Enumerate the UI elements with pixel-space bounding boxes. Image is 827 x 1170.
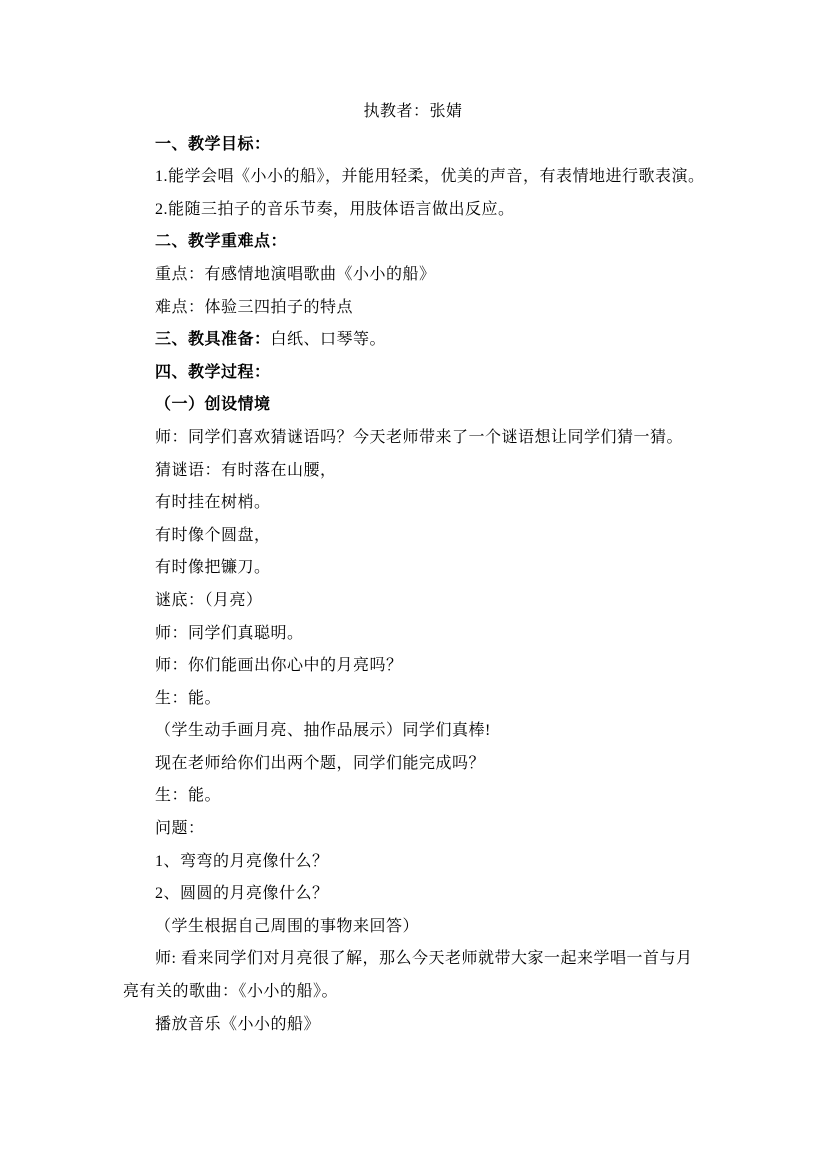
heading-teaching-process: 四、教学过程： (123, 357, 703, 390)
question-item-1: 1、弯弯的月亮像什么？ (123, 846, 703, 879)
teacher-riddle-intro-line: 师：同学们喜欢猜谜语吗？今天老师带来了一个谜语想让同学们猜一猜。 (123, 422, 703, 455)
play-music-line: 播放音乐《小小的船》 (123, 1009, 703, 1042)
author-line: 执教者：张婧 (123, 96, 703, 129)
goal-item-2: 2.能随三拍子的音乐节奏，用肢体语言做出反应。 (123, 194, 703, 227)
key-point-line: 重点：有感情地演唱歌曲《小小的船》 (123, 259, 703, 292)
teacher-praise-line: 师：同学们真聪明。 (123, 618, 703, 651)
riddle-line-2: 有时挂在树梢。 (123, 487, 703, 520)
teaching-aids-value: 白纸、口琴等。 (271, 331, 387, 348)
activity-note-line: （学生动手画月亮、抽作品展示）同学们真棒! (123, 715, 703, 748)
teaching-aids-line: 三、教具准备：白纸、口琴等。 (123, 324, 703, 357)
questions-label-line: 问题： (123, 813, 703, 846)
student-reply-line-2: 生：能。 (123, 780, 703, 813)
heading-key-difficult-points: 二、教学重难点： (123, 226, 703, 259)
teacher-two-questions-line: 现在老师给你们出两个题，同学们能完成吗？ (123, 748, 703, 781)
teaching-aids-label: 三、教具准备： (155, 331, 271, 348)
heading-teaching-goals: 一、教学目标： (123, 129, 703, 162)
difficult-point-line: 难点：体验三四拍子的特点 (123, 292, 703, 325)
teacher-draw-moon-line: 师：你们能画出你心中的月亮吗？ (123, 650, 703, 683)
heading-scenario-creation: （一）创设情境 (123, 389, 703, 422)
riddle-answer-line: 谜底：（月亮） (123, 585, 703, 618)
riddle-line-1: 猜谜语：有时落在山腰， (123, 455, 703, 488)
question-item-2: 2、圆圆的月亮像什么？ (123, 878, 703, 911)
teacher-summary-line-part2: 亮有关的歌曲：《小小的船》。 (123, 976, 703, 1009)
student-reply-line-1: 生：能。 (123, 683, 703, 716)
goal-item-1: 1.能学会唱《小小的船》，并能用轻柔，优美的声音，有表情地进行歌表演。 (123, 161, 703, 194)
document-page: 执教者：张婧 一、教学目标： 1.能学会唱《小小的船》，并能用轻柔，优美的声音，… (0, 0, 827, 1170)
teacher-summary-line-part1: 师: 看来同学们对月亮很了解，那么今天老师就带大家一起来学唱一首与月 (123, 943, 703, 976)
riddle-line-4: 有时像把镰刀。 (123, 552, 703, 585)
riddle-line-3: 有时像个圆盘， (123, 520, 703, 553)
answer-note-line: （学生根据自己周围的事物来回答） (123, 911, 703, 944)
